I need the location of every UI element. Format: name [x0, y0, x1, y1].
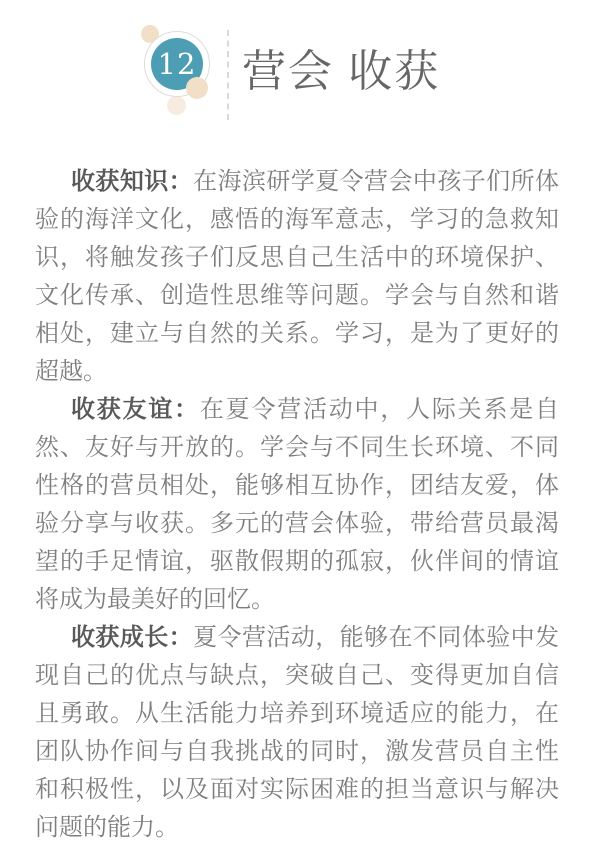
decor-dot-bottom [167, 96, 186, 115]
article-body: 收获知识：在海滨研学夏令营会中孩子们所体验的海洋文化，感悟的海军意志，学习的急救… [35, 163, 559, 847]
paragraph-lead-growth: 收获成长： [71, 624, 193, 651]
paragraph-text-friendship: 在夏令营活动中，人际关系是自然、友好与开放的。学会与不同生长环境、不同性格的营员… [35, 396, 559, 613]
paragraph-harvest-knowledge: 收获知识：在海滨研学夏令营会中孩子们所体验的海洋文化，感悟的海军意志，学习的急救… [35, 163, 559, 391]
paragraph-lead-friendship: 收获友谊： [71, 396, 200, 423]
paragraph-text-growth: 夏令营活动，能够在不同体验中发现自己的优点与缺点，突破自己、变得更加自信且勇敢。… [35, 624, 559, 841]
document-page: 12 营会 收获 收获知识：在海滨研学夏令营会中孩子们所体验的海洋文化，感悟的海… [0, 0, 600, 851]
chapter-header: 12 营会 收获 [0, 0, 600, 140]
dashed-divider [227, 30, 229, 120]
chapter-number: 12 [158, 50, 197, 79]
paragraph-harvest-growth: 收获成长：夏令营活动，能够在不同体验中发现自己的优点与缺点，突破自己、变得更加自… [35, 619, 559, 847]
paragraph-harvest-friendship: 收获友谊：在夏令营活动中，人际关系是自然、友好与开放的。学会与不同生长环境、不同… [35, 391, 559, 619]
paragraph-lead-knowledge: 收获知识： [71, 168, 193, 195]
paragraph-text-knowledge: 在海滨研学夏令营会中孩子们所体验的海洋文化，感悟的海军意志，学习的急救知识，将触… [35, 168, 559, 385]
decor-dot-bottom-right [186, 77, 208, 99]
page-title: 营会 收获 [242, 50, 440, 94]
